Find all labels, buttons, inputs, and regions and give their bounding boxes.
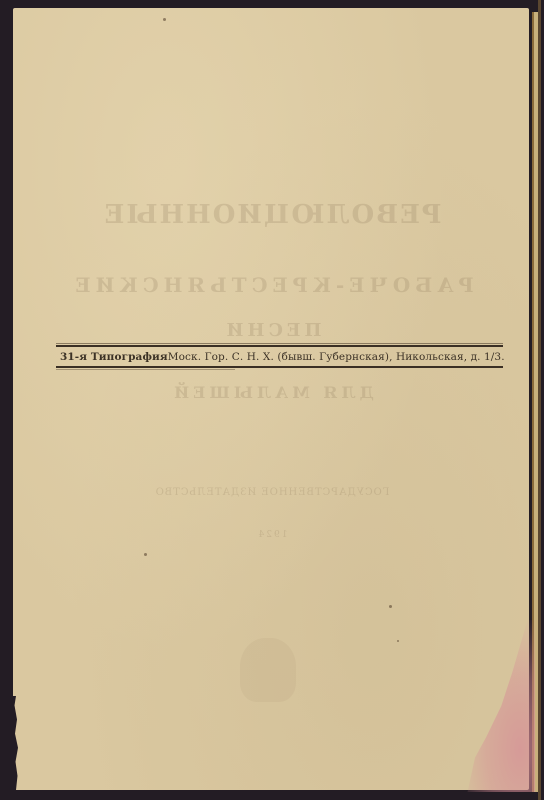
paper-speck [397,640,399,642]
imprint-text: 31-я Типография Моск. Гор. С. Н. Х. (быв… [56,347,503,366]
scanned-page: РЕВОЛЮЦИОННЫЕ РАБОЧЕ-КРЕСТЬЯНСКИЕ ПЕСНИ … [0,0,544,800]
torn-edge [13,696,18,790]
rule-thin-top [56,343,503,344]
printer-address: Моск. Гор. С. Н. Х. (бывш. Губернская), … [168,351,505,363]
printer-imprint: 31-я Типография Моск. Гор. С. Н. Х. (быв… [56,343,503,370]
binding-edge [538,0,541,800]
rule-bottom [56,366,503,368]
rule-thin-bottom [56,369,235,370]
paper-speck [389,605,392,608]
paper-speck [144,553,147,556]
bleed-through-emblem [240,638,296,702]
paper-speck [163,18,166,21]
printer-name: 31-я Типография [60,351,168,363]
